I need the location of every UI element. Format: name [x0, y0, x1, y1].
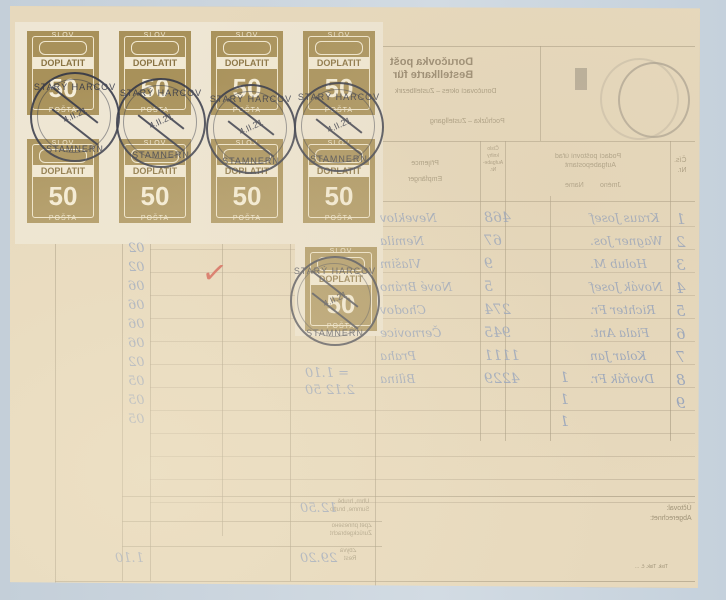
stamp-label: DOPLATIT: [217, 165, 277, 177]
left-amount: 06: [128, 336, 145, 351]
stamp-top-text: SLOV: [305, 248, 377, 255]
heart-ornament-icon: [223, 149, 271, 163]
stamp-bottom-text: POŠTA: [211, 107, 283, 114]
rule: [150, 226, 151, 581]
number-header: Číslo knihy Aufgabe- Nr.: [482, 146, 504, 174]
stamp-value: 50: [303, 181, 375, 211]
footer-text: Zpět přinesено: [330, 522, 372, 530]
row-number: 3: [676, 256, 686, 274]
cancel-bar: [228, 98, 275, 135]
cancel-bar: [138, 92, 185, 129]
rule: [540, 46, 541, 141]
bottom-total: 1.10: [115, 551, 144, 566]
form-title: Doručovka pošt Bestellkarte für: [390, 56, 473, 82]
book-number: 468: [484, 210, 511, 226]
header-text: Aufgabe-: [482, 160, 504, 167]
cancel-bar: [52, 86, 99, 123]
heart-ornament-icon: [39, 41, 87, 55]
rule: [550, 196, 551, 441]
stamp-label: DOPLATIT: [217, 57, 277, 69]
stamp-border: [308, 144, 370, 218]
footer-text: Zurückgebracht: [330, 530, 372, 538]
heart-ornament-icon: [223, 41, 271, 55]
postage-due-stamp: SLOV DOPLATIT 50 POŠTA: [24, 28, 102, 118]
bottom-total: 29.20: [300, 551, 337, 566]
postmark-date: 4.II.21: [34, 92, 116, 137]
row-rule: [150, 410, 695, 411]
stamp-label: DOPLATIT: [309, 57, 369, 69]
stamp-value: 50: [119, 73, 191, 103]
cancel-bar: [228, 120, 275, 157]
rule: [55, 226, 56, 586]
rule: [505, 141, 506, 441]
route-label: Pochůzka – Zustellgang: [430, 118, 505, 125]
postmark-cancel: STARÝ HARCOV 4.II.21 STAMNERN: [116, 78, 206, 168]
postage-due-stamp: SLOV DOPLATIT 50 POŠTA: [116, 28, 194, 118]
rule: [375, 141, 376, 586]
stamp-top-text: SLOV: [27, 32, 99, 39]
postage-due-stamp: SLOV DOPLATIT 50 POŠTA: [302, 244, 380, 334]
stamp-border: [216, 144, 278, 218]
row-rule: [150, 249, 695, 250]
postmark-cancel: STARÝ HARCOV 4.II.21 STAMNERN: [206, 84, 296, 174]
origin-name: Fiala Ant.: [590, 326, 649, 340]
rule: [122, 496, 695, 497]
row-no-header: Čís. Nr.: [674, 156, 686, 176]
header-text: Číslo: [482, 146, 504, 153]
side-count: 1: [560, 370, 569, 386]
rest-label: Zbývá Rest: [340, 547, 356, 563]
origin-name: Novák Josef: [590, 280, 662, 294]
recipient-place: Chodov: [380, 303, 426, 317]
row-number: 9: [676, 394, 686, 412]
rule: [122, 521, 382, 522]
postage-due-stamp: SLOV DOPLATIT 50 POŠTA: [208, 136, 286, 226]
stamp-bottom-text: POŠTA: [305, 323, 377, 330]
stamp-border: [124, 144, 186, 218]
name-header-de: Name: [565, 182, 584, 189]
row-rule: [150, 433, 695, 434]
recipient-place: Bílina: [380, 372, 415, 386]
recipient-place: Nové Bráno: [380, 280, 452, 294]
postmark-town: STARÝ HARCOV: [292, 266, 378, 276]
stamp-value: 50: [27, 181, 99, 211]
recipient-place: Černovice: [380, 326, 441, 340]
postage-due-stamp: SLOV DOPLATIT 50 POŠTA: [300, 136, 378, 226]
cancel-bar: [312, 270, 359, 307]
stamp-value: 50: [305, 289, 377, 319]
header-text: Empfänger: [385, 172, 465, 188]
stamp-border: [308, 36, 370, 110]
row-rule: [150, 272, 695, 273]
form-title-line: Doručovka pošt: [390, 56, 473, 69]
left-amount: 06: [128, 298, 145, 313]
origin-office-header: Podací poštovní úřad: [555, 153, 621, 160]
postmark-town-de: STAMNERN: [118, 150, 204, 160]
stamp-value: 50: [211, 73, 283, 103]
row-rule: [150, 387, 695, 388]
origin-name: Richter Fr.: [590, 303, 655, 317]
row-rule: [150, 456, 695, 457]
stamp-bottom-text: POŠTA: [27, 107, 99, 114]
stamp-bottom-text: POŠTA: [119, 215, 191, 222]
stamp-label: DOPLATIT: [125, 57, 185, 69]
postmark-town-de: STAMNERN: [208, 156, 294, 166]
single-stamp-backing: [295, 238, 383, 336]
rule: [375, 201, 695, 202]
left-amount: 06: [128, 317, 145, 332]
row-number: 6: [676, 325, 686, 343]
header-text: knihy: [482, 153, 504, 160]
row-number: 7: [676, 348, 686, 366]
side-count: 1: [560, 414, 569, 430]
stamp-border: [310, 252, 372, 326]
row-number: 2: [676, 233, 686, 251]
stamp-block-backing: [15, 22, 383, 244]
rule: [222, 226, 223, 536]
total-amount: 2.12 50: [305, 383, 355, 398]
printer-note: Tisk. Tisk. č. ...: [635, 564, 668, 570]
left-amount: 06: [128, 279, 145, 294]
postmark-town: STARÝ HARCOV: [208, 94, 294, 104]
stamp-bottom-text: POŠTA: [119, 107, 191, 114]
footer-text: Summe, brutto: [330, 506, 369, 514]
left-amount: 05: [128, 412, 145, 427]
rule: [55, 46, 695, 47]
stamp-top-text: SLOV: [211, 140, 283, 147]
stamp-value: 50: [303, 73, 375, 103]
postmark-cancel: STARÝ HARCOV 4.II.21 STAMNERN: [294, 82, 384, 172]
left-amount: 02: [128, 260, 145, 275]
cancel-bar: [138, 114, 185, 151]
postmark-town: STARÝ HARCOV: [296, 92, 382, 102]
row-rule: [150, 364, 695, 365]
stamp-label: DOPLATIT: [33, 57, 93, 69]
origin-name: Wagner Jos.: [590, 234, 663, 248]
row-rule: [150, 318, 695, 319]
recipient-place: Neveklov: [380, 211, 437, 225]
stamp-bottom-text: POŠTA: [27, 215, 99, 222]
stamp-bottom-text: POŠTA: [303, 107, 375, 114]
postmark-date: 4.II.21: [294, 276, 376, 321]
cancel-bar: [316, 96, 363, 133]
cancel-bar: [316, 118, 363, 155]
footer-text: Zbývá: [340, 547, 356, 555]
row-rule: [150, 226, 695, 227]
bottom-total: 12.50: [300, 501, 337, 516]
header-text: Příjemce: [385, 156, 465, 172]
heart-ornament-icon: [131, 41, 179, 55]
book-number: 5: [484, 279, 493, 295]
heart-ornament-icon: [315, 41, 363, 55]
book-number: 1111: [484, 348, 520, 364]
rule: [122, 546, 382, 547]
stamp-border: [32, 144, 94, 218]
stamp-top-text: SLOV: [303, 32, 375, 39]
stamp-border: [216, 36, 278, 110]
cancel-bar: [312, 292, 359, 329]
postage-due-stamp: SLOV DOPLATIT 50 POŠTA: [208, 28, 286, 118]
row-number: 1: [676, 210, 686, 228]
postmark-town-de: STAMNERN: [296, 154, 382, 164]
postmark-town: STARÝ HARCOV: [32, 82, 118, 92]
row-number: 4: [676, 279, 686, 297]
postal-document: Doručovka pošt Bestellkarte für Doručova…: [10, 6, 700, 588]
row-number: 5: [676, 302, 686, 320]
rule: [122, 226, 123, 581]
row-number: 8: [676, 371, 686, 389]
book-number: 274: [484, 302, 511, 318]
form-title-line: Bestellkarte für: [390, 69, 473, 82]
postmark-town-de: STAMNERN: [32, 144, 118, 154]
stamp-label: DOPLATIT: [309, 165, 369, 177]
postmark-date: 4.II.21: [210, 104, 292, 149]
origin-office-header-de: Aufgabepostamt: [565, 162, 616, 169]
district-label: Doručovací okres – Zustellbezirk: [395, 88, 497, 95]
origin-name: Kolar Jan: [590, 349, 646, 363]
postage-due-stamp: SLOV DOPLATIT 50 POŠTA: [24, 136, 102, 226]
row-rule: [150, 295, 695, 296]
returned-label: Zpět přinesено Zurückgebracht: [330, 522, 372, 538]
ghost-postmark-shadow: [600, 58, 679, 140]
heart-ornament-icon: [131, 149, 179, 163]
origin-name: Kraus Josef: [590, 211, 659, 225]
cancel-bar: [52, 108, 99, 145]
rule: [55, 581, 695, 582]
stamp-border: [32, 36, 94, 110]
rule: [670, 141, 671, 441]
postage-due-stamp: SLOV DOPLATIT 50 POŠTA: [116, 136, 194, 226]
recipient-place: Nemila: [380, 234, 424, 248]
stamp-value: 50: [119, 181, 191, 211]
red-check-mark: ✓: [200, 254, 230, 292]
recipient-place: Praha: [380, 349, 416, 363]
footer-text: Abgerechnet:: [650, 514, 692, 524]
stamp-value: 50: [27, 73, 99, 103]
header-text: Čís.: [674, 156, 686, 166]
footer-text: Účtoval:: [650, 504, 692, 514]
stamp-value: 50: [211, 181, 283, 211]
header-text: Nr.: [482, 167, 504, 174]
postage-due-stamp: SLOV DOPLATIT 50 POŠTA: [300, 28, 378, 118]
stamp-label: DOPLATIT: [33, 165, 93, 177]
left-amount: 02: [128, 241, 145, 256]
rule: [290, 226, 291, 581]
ink-smudge: [575, 68, 587, 90]
stamp-border: [124, 36, 186, 110]
origin-name: Dvořák Fr.: [590, 372, 654, 386]
row-rule: [150, 479, 695, 480]
heart-ornament-icon: [315, 149, 363, 163]
stamp-top-text: SLOV: [211, 32, 283, 39]
left-amount: 05: [128, 393, 145, 408]
rule: [480, 141, 481, 441]
name-header: Jméno: [600, 182, 621, 189]
stamp-top-text: SLOV: [27, 140, 99, 147]
postmark-town-de: STAMNERN: [292, 328, 378, 338]
side-count: 1: [560, 392, 569, 408]
recipient-place: Vlašim: [380, 257, 421, 271]
book-number: 67: [484, 233, 502, 249]
row-rule: [150, 341, 695, 342]
postmark-cancel: STARÝ HARCOV 4.II.21 STAMNERN: [30, 72, 120, 162]
stamp-top-text: SLOV: [303, 140, 375, 147]
postmark-date: 4.II.21: [298, 102, 380, 147]
account-label: Účtoval: Abgerechnet:: [650, 504, 692, 524]
stamp-top-text: SLOV: [119, 32, 191, 39]
postmark-date: 4.II.21: [120, 98, 202, 143]
footer-text: Rest: [340, 555, 356, 563]
stamp-top-text: SLOV: [119, 140, 191, 147]
stamp-label: DOPLATIT: [311, 273, 371, 285]
left-amount: 05: [128, 374, 145, 389]
left-amount: 02: [128, 355, 145, 370]
header-text: Nr.: [674, 166, 686, 176]
book-number: 9: [484, 256, 493, 272]
recipient-header: Příjemce Empfänger: [385, 156, 465, 188]
sum-label: Úhrn, hrubě Summe, brutto: [330, 498, 369, 514]
row-rule: [150, 502, 695, 503]
footer-text: Úhrn, hrubě: [330, 498, 369, 506]
book-number: 4229: [484, 371, 520, 387]
stamp-bottom-text: POŠTA: [303, 215, 375, 222]
heart-ornament-icon: [39, 149, 87, 163]
origin-name: Holub M.: [590, 257, 647, 271]
book-number: 945: [484, 325, 511, 341]
total-amount: = 1.10: [305, 366, 349, 381]
postmark-cancel: STARÝ HARCOV 4.II.21 STAMNERN: [290, 256, 380, 346]
rule: [375, 141, 695, 142]
stamp-label: DOPLATIT: [125, 165, 185, 177]
ghost-postmark: [618, 62, 690, 138]
heart-ornament-icon: [317, 257, 365, 271]
stamp-bottom-text: POŠTA: [211, 215, 283, 222]
postmark-town: STARÝ HARCOV: [118, 88, 204, 98]
